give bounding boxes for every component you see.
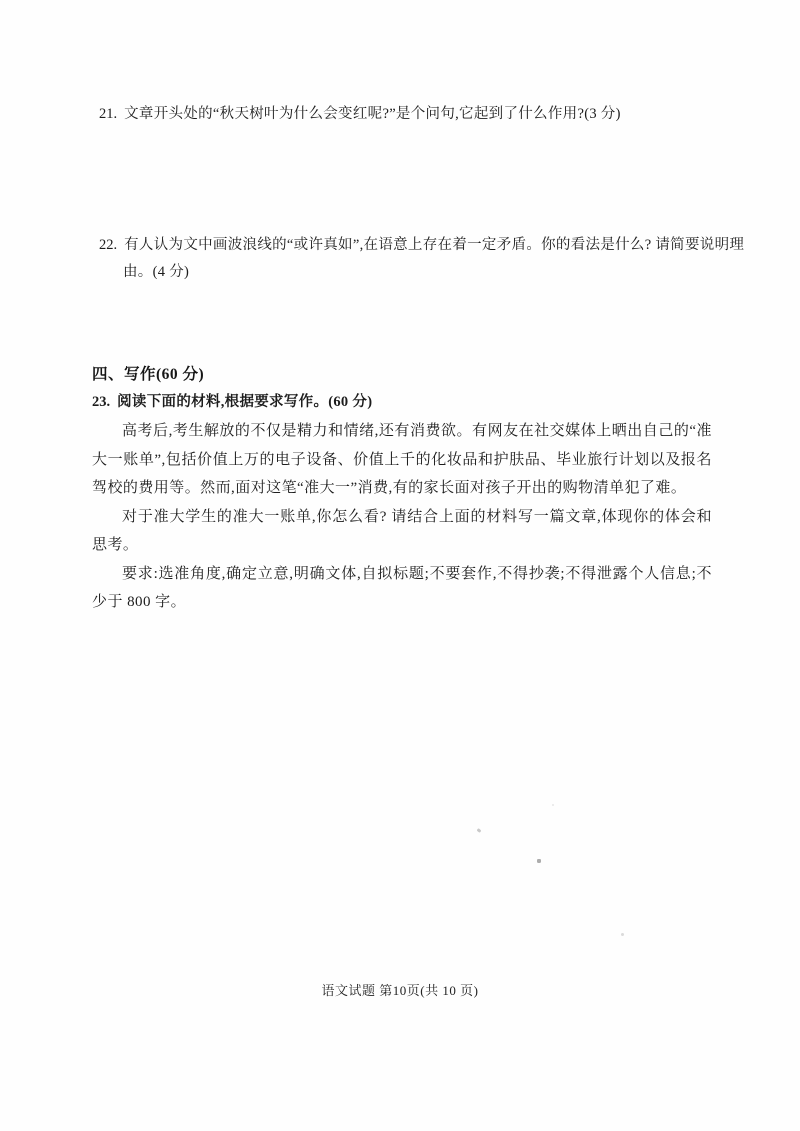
exam-page: 21.文章开头处的“秋天树叶为什么会变红呢?”是个问句,它起到了什么作用?(3 … — [0, 0, 800, 1131]
question-21: 21.文章开头处的“秋天树叶为什么会变红呢?”是个问句,它起到了什么作用?(3 … — [99, 101, 771, 128]
page-footer: 语文试题 第10页(共 10 页) — [0, 980, 800, 999]
scan-speck — [537, 859, 541, 863]
scan-speck — [552, 804, 554, 806]
essay-material-paragraph-2: 对于准大学生的准大一账单,你怎么看? 请结合上面的材料写一篇文章,体现你的体会和… — [92, 503, 712, 560]
question-21-number: 21. — [99, 106, 117, 122]
question-23-text: 阅读下面的材料,根据要求写作。(60 分) — [117, 394, 372, 410]
question-22-number: 22. — [99, 237, 117, 253]
question-21-text: 文章开头处的“秋天树叶为什么会变红呢?”是个问句,它起到了什么作用?(3 分) — [124, 106, 621, 122]
scan-speck — [477, 828, 482, 833]
essay-material-paragraph-3: 要求:选准角度,确定立意,明确文体,自拟标题;不要套作,不得抄袭;不得泄露个人信… — [92, 560, 712, 617]
question-23: 23.阅读下面的材料,根据要求写作。(60 分) — [92, 389, 776, 416]
question-22-text: 有人认为文中画波浪线的“或许真如”,在语意上存在着一定矛盾。你的看法是什么? 请… — [123, 237, 744, 280]
scan-speck — [621, 933, 624, 936]
essay-material-paragraph-1: 高考后,考生解放的不仅是精力和情绪,还有消费欲。有网友在社交媒体上晒出自己的“准… — [92, 417, 712, 503]
question-23-number: 23. — [92, 394, 110, 410]
question-22: 22.有人认为文中画波浪线的“或许真如”,在语意上存在着一定矛盾。你的看法是什么… — [99, 232, 763, 286]
essay-material: 高考后,考生解放的不仅是精力和情绪,还有消费欲。有网友在社交媒体上晒出自己的“准… — [92, 417, 712, 617]
section-heading-writing: 四、写作(60 分) — [92, 362, 204, 384]
